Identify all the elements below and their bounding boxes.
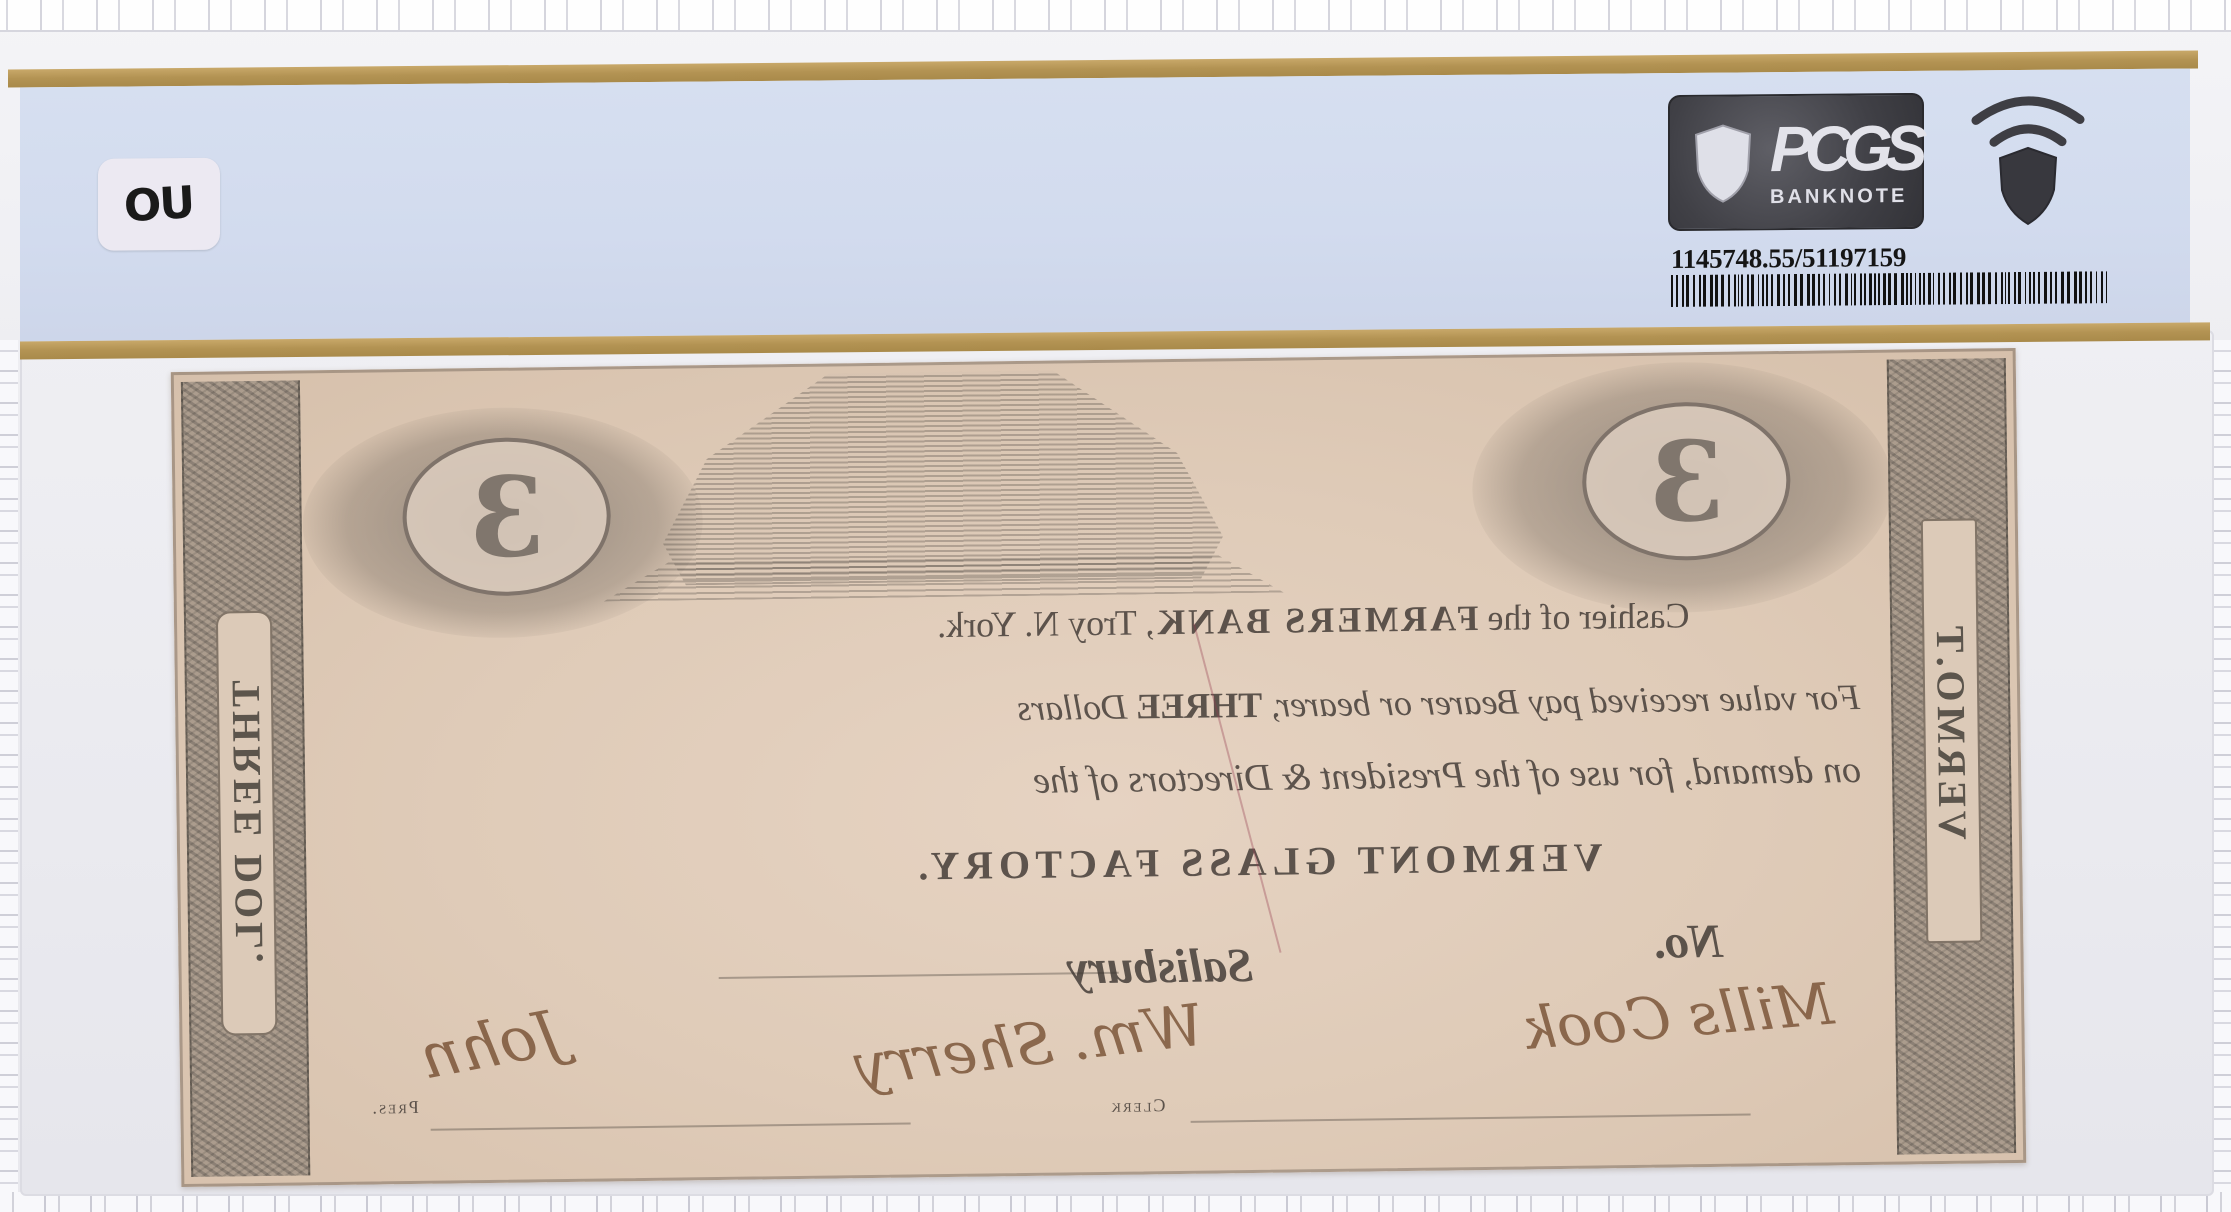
president-label: Pres. <box>370 1097 419 1119</box>
left-side-panel: THREE DOL. <box>181 380 310 1176</box>
pcgs-brand-text: PCGS <box>1770 111 1919 186</box>
place-name: Salisbury <box>1067 938 1254 995</box>
pcgs-logo: PCGS BANKNOTE <box>1668 93 1924 231</box>
pcgs-subtitle: BANKNOTE <box>1770 185 1907 209</box>
serial-prefix: No. <box>1652 914 1723 970</box>
left-panel-cartouche: THREE DOL. <box>216 611 278 1036</box>
right-side-panel: VERMO.T <box>1887 358 2016 1154</box>
slab-border-pattern <box>2213 340 2231 1212</box>
barcode <box>1671 271 2107 307</box>
nfc-shield-icon <box>1968 89 2088 230</box>
banknote: THREE DOL. VERMO.T 3 3 Cashier of the FA… <box>171 348 2027 1187</box>
left-panel-text: THREE DOL. <box>221 680 272 967</box>
pcgs-shield-icon <box>1692 122 1754 205</box>
cert-number: 1145748.55/51197159 <box>1671 242 1906 275</box>
grade-sticker-text: OU <box>123 177 195 232</box>
holder-label: OU PCGS BANKNOTE 1145748.55/51197159 <box>8 34 2198 358</box>
clerk-label: Clerk <box>1109 1095 1165 1117</box>
slab-border-pattern <box>0 340 18 1212</box>
slab-border-pattern <box>0 0 2231 32</box>
right-panel-cartouche: VERMO.T <box>1921 518 1983 943</box>
grading-slab: OU PCGS BANKNOTE 1145748.55/51197159 THR… <box>0 0 2231 1212</box>
right-panel-text: VERMO.T <box>1927 622 1977 841</box>
grade-sticker: OU <box>98 158 220 251</box>
